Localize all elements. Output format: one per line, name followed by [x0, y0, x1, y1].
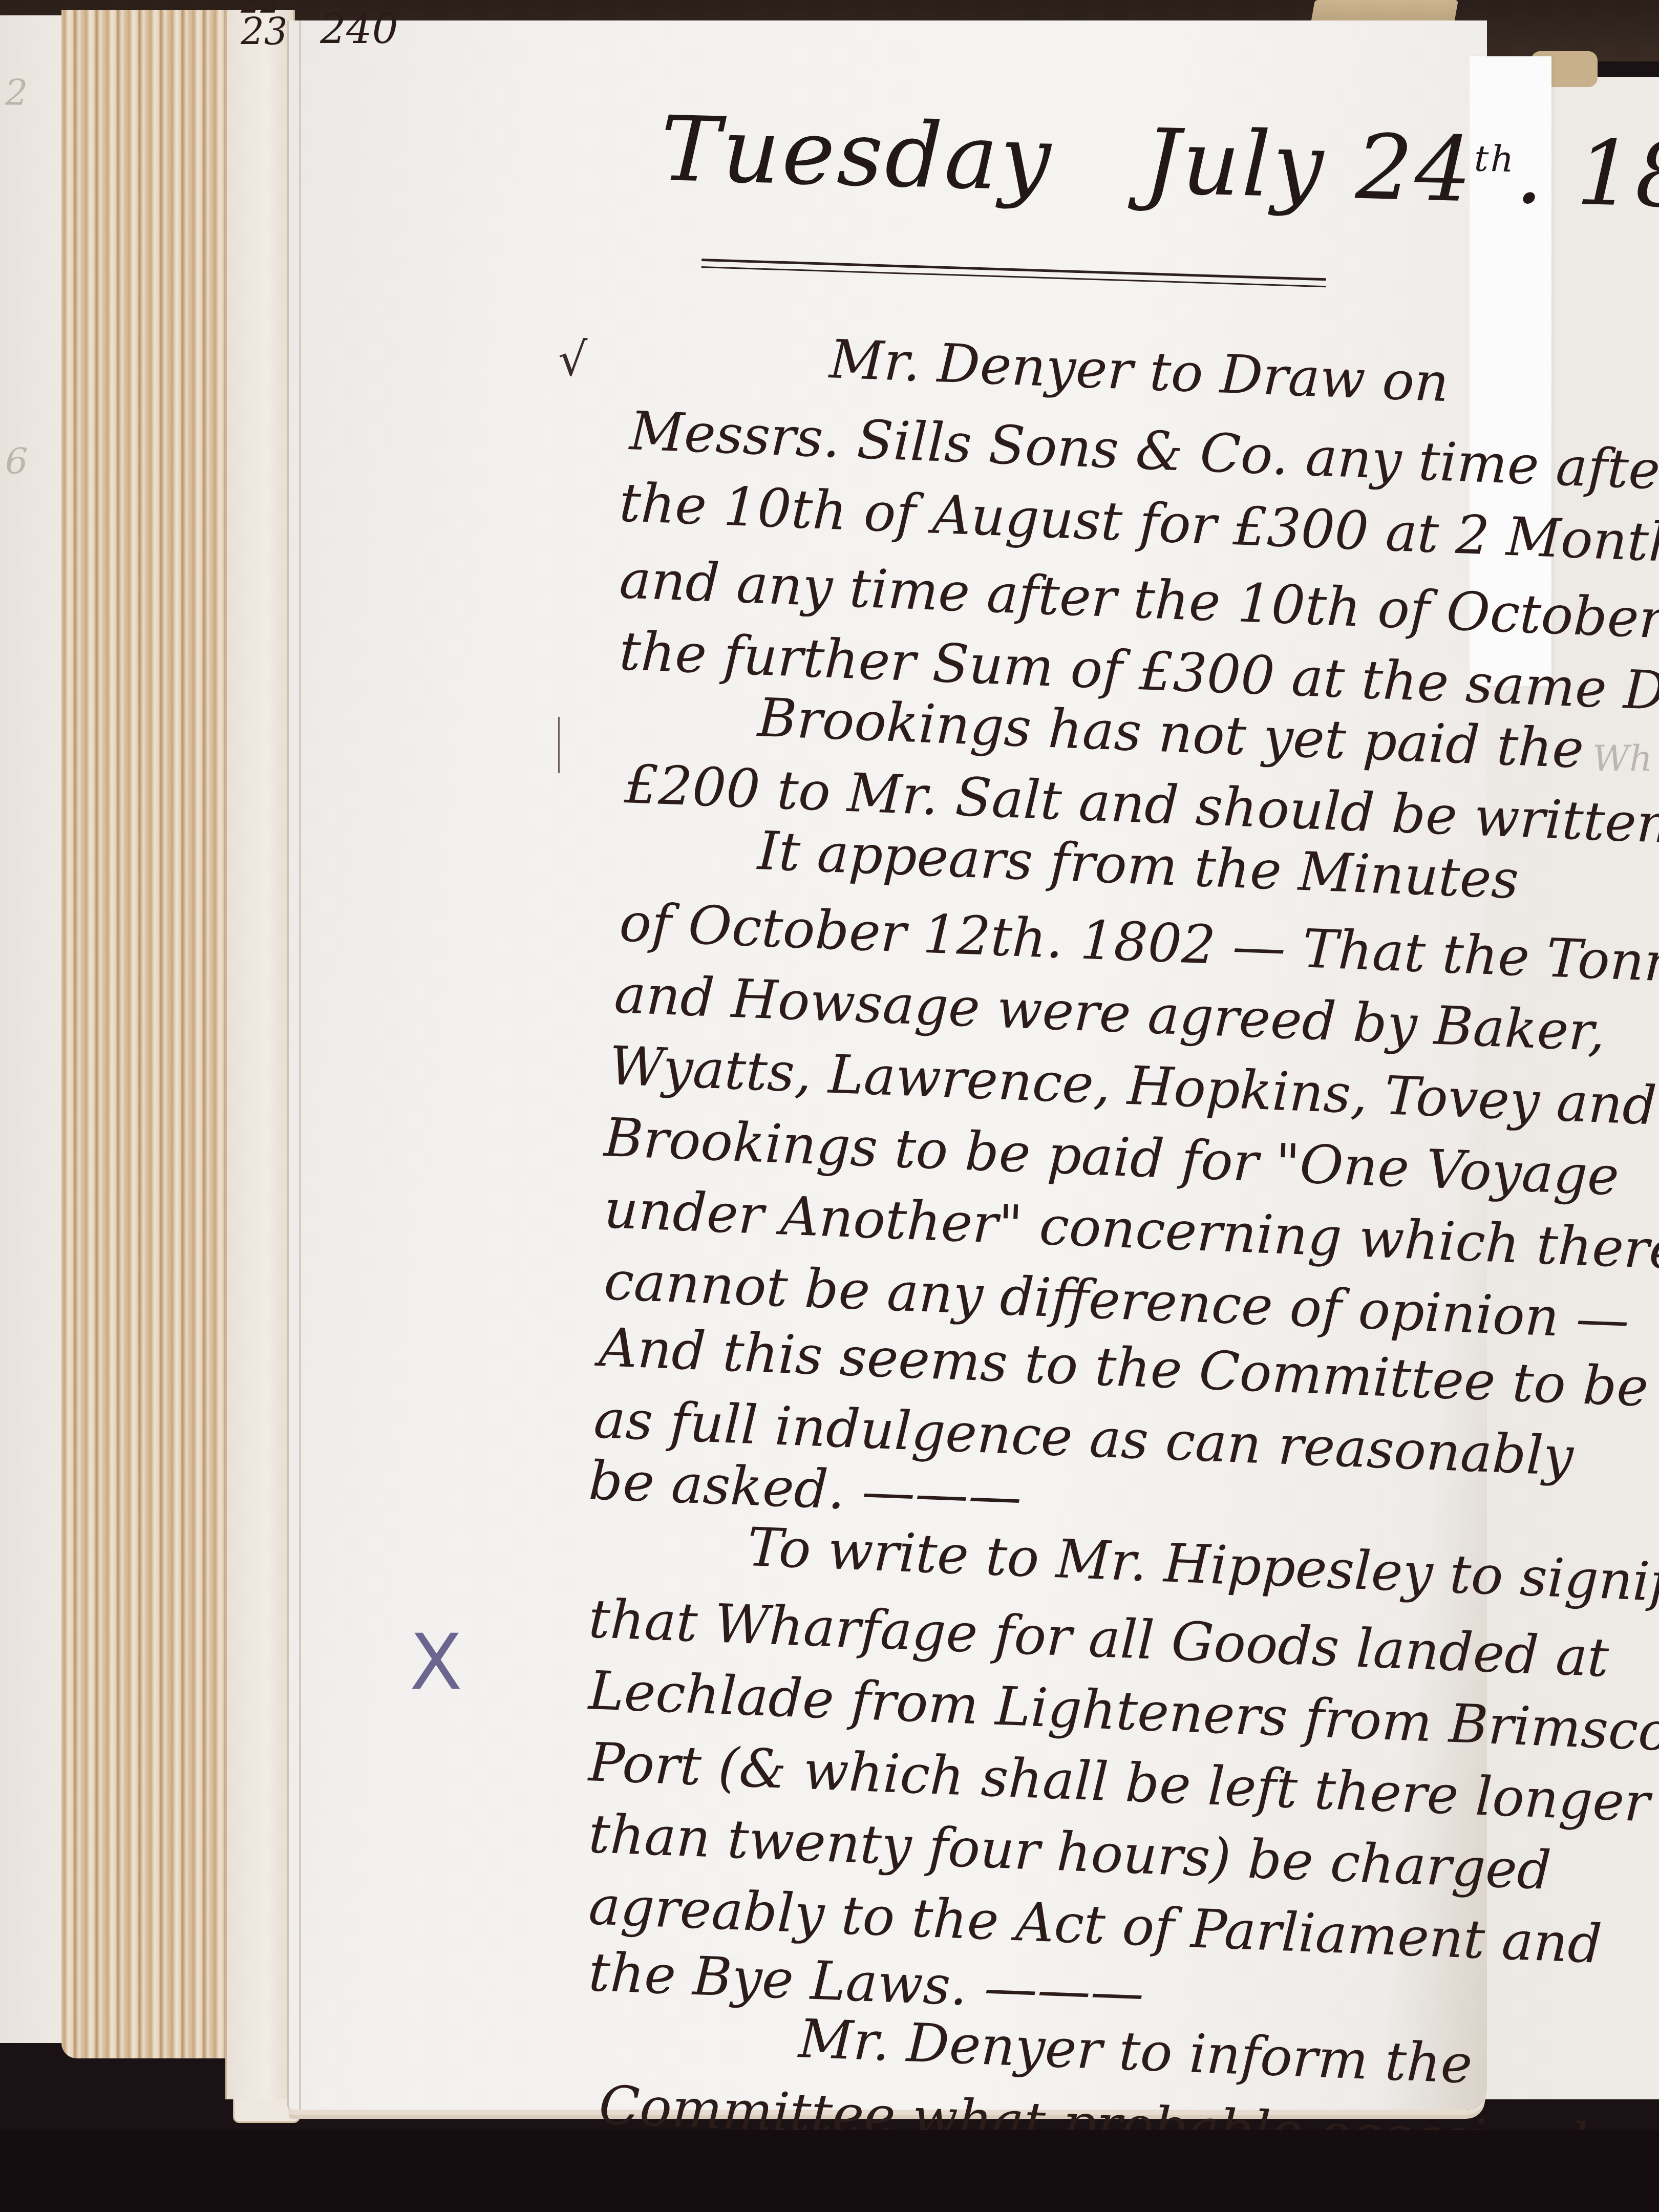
left-facing-page: 2 6: [0, 15, 67, 2043]
page-number: 240: [320, 5, 398, 53]
margin-tick-mark: √: [558, 333, 587, 387]
page-edge-tab: [225, 10, 295, 2099]
background-bottom: [0, 2130, 1659, 2212]
heading-date: July 24: [1143, 110, 1475, 223]
heading-ordinal: th: [1474, 137, 1516, 180]
tab-folio-number: 23: [241, 10, 288, 53]
book-photograph: 2 6 22 23 Wh 240 Tuesday July 24th. 1804…: [0, 0, 1659, 2212]
heading-year: 1804: [1575, 121, 1659, 231]
heading-day: Tuesday: [659, 97, 1054, 211]
facing-page-fragment: 6: [5, 440, 28, 482]
facing-page-fragment: Wh: [1592, 737, 1652, 779]
margin-cross-mark: X: [410, 1618, 462, 1707]
page-edges-stack: [61, 10, 236, 2058]
margin-pencil-stroke: [558, 717, 560, 773]
facing-page-fragment: 2: [5, 72, 28, 114]
